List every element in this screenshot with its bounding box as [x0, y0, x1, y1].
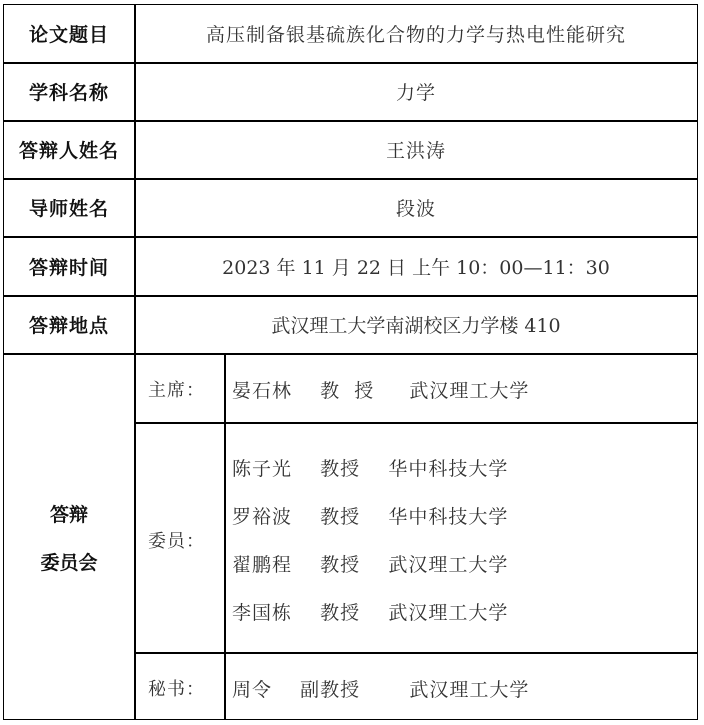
- label-discipline: 学科名称: [4, 63, 134, 120]
- label-candidate: 答辩人姓名: [4, 121, 134, 178]
- role-chair: 主席：: [148, 376, 205, 402]
- value-supervisor: 段波: [135, 179, 697, 236]
- row-divider: [3, 353, 698, 355]
- label-committee-line2: 委员会: [4, 548, 134, 575]
- secretary-entry: 周令 副教授 武汉理工大学: [232, 675, 529, 702]
- value-thesis-title: 高压制备银基硫族化合物的力学与热电性能研究: [135, 4, 697, 62]
- label-defense-time: 答辩时间: [4, 237, 134, 295]
- column-divider: [224, 353, 226, 720]
- chair-entry: 晏石林 教 授 武汉理工大学: [232, 376, 529, 403]
- label-thesis-title: 论文题目: [4, 4, 134, 62]
- role-members: 委员：: [148, 527, 205, 553]
- value-candidate: 王洪涛: [135, 121, 697, 178]
- member-entry: 翟鹏程 教授 武汉理工大学: [232, 550, 508, 577]
- label-supervisor: 导师姓名: [4, 179, 134, 236]
- row-divider: [134, 422, 698, 424]
- value-discipline: 力学: [135, 63, 697, 120]
- value-defense-location: 武汉理工大学南湖校区力学楼 410: [135, 296, 697, 353]
- member-entry: 陈子光 教授 华中科技大学: [232, 454, 508, 481]
- member-entry: 李国栋 教授 武汉理工大学: [232, 598, 508, 625]
- role-secretary: 秘书：: [148, 675, 205, 701]
- member-entry: 罗裕波 教授 华中科技大学: [232, 502, 508, 529]
- value-defense-time: 2023 年 11 月 22 日 上午 10：00—11：30: [135, 237, 697, 295]
- row-divider: [134, 652, 698, 654]
- label-committee-line1: 答辩: [4, 500, 134, 527]
- label-defense-location: 答辩地点: [4, 296, 134, 353]
